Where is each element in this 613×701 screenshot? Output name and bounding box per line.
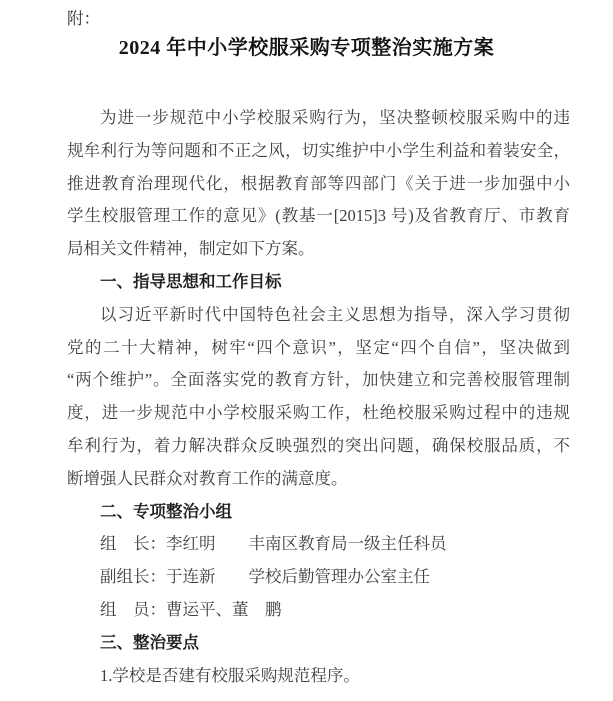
paragraph-line: 规牟利行为等问题和不正之风，切实维护中小学生利益和着装安全， bbox=[67, 135, 570, 168]
paragraph-line: 断增强人民群众对教育工作的满意度。 bbox=[67, 463, 570, 496]
paragraph-line: 学生校服管理工作的意见》(教基一[2015]3 号)及省教育厅、市教育 bbox=[67, 200, 570, 233]
section-heading-1: 一、指导思想和工作目标 bbox=[67, 266, 570, 299]
roster-members: 组 员：曹运平、董 鹏 bbox=[67, 594, 570, 627]
section-heading-3: 三、整治要点 bbox=[67, 627, 570, 660]
paragraph-line: “两个维护”。全面落实党的教育方针，加快建立和完善校服管理制 bbox=[67, 364, 570, 397]
paragraph-line: 局相关文件精神，制定如下方案。 bbox=[67, 233, 570, 266]
attachment-label: 附： bbox=[67, 5, 100, 29]
document-body: 为进一步规范中小学校服采购行为，坚决整顿校服采购中的违规牟利行为等问题和不正之风… bbox=[67, 102, 570, 692]
document-page: 附： 2024 年中小学校服采购专项整治实施方案 为进一步规范中小学校服采购行为… bbox=[0, 0, 613, 701]
roster-deputy-leader: 副组长：于连新 学校后勤管理办公室主任 bbox=[67, 561, 570, 594]
roster-leader: 组 长：李红明 丰南区教育局一级主任科员 bbox=[67, 528, 570, 561]
paragraph-line: 党的二十大精神，树牢“四个意识”，坚定“四个自信”，坚决做到 bbox=[67, 332, 570, 365]
paragraph-line: 为进一步规范中小学校服采购行为，坚决整顿校服采购中的违 bbox=[67, 102, 570, 135]
paragraph-line: 以习近平新时代中国特色社会主义思想为指导，深入学习贯彻 bbox=[67, 299, 570, 332]
paragraph-line: 牟利行为，着力解决群众反映强烈的突出问题，确保校服品质，不 bbox=[67, 430, 570, 463]
guiding-ideology-paragraph: 以习近平新时代中国特色社会主义思想为指导，深入学习贯彻党的二十大精神，树牢“四个… bbox=[67, 299, 570, 496]
intro-paragraph: 为进一步规范中小学校服采购行为，坚决整顿校服采购中的违规牟利行为等问题和不正之风… bbox=[67, 102, 570, 266]
paragraph-line: 推进教育治理现代化，根据教育部等四部门《关于进一步加强中小 bbox=[67, 168, 570, 201]
paragraph-line: 度，进一步规范中小学校服采购工作，杜绝校服采购过程中的违规 bbox=[67, 397, 570, 430]
inspection-point-1: 1.学校是否建有校服采购规范程序。 bbox=[67, 660, 570, 693]
section-heading-2: 二、专项整治小组 bbox=[67, 496, 570, 529]
document-title: 2024 年中小学校服采购专项整治实施方案 bbox=[0, 31, 613, 60]
